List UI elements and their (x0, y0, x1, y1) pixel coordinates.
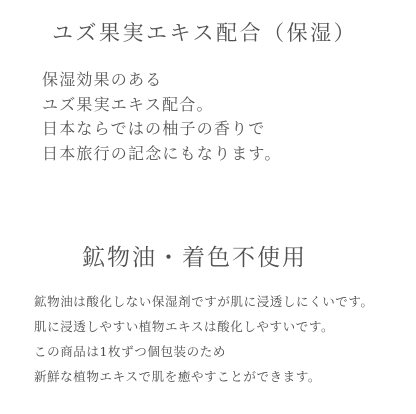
section-title-yuzu-extract: ユズ果実エキス配合（保湿） (52, 19, 357, 47)
description-line: 鉱物油は酸化しない保湿剤ですが肌に浸透しにくいです。 (34, 289, 374, 314)
description-line: 保湿効果のある (42, 68, 282, 93)
description-line: 新鮮な植物エキスで肌を癒やすことができます。 (34, 364, 374, 389)
yuzu-extract-description: 保湿効果のある ユズ果実エキス配合。 日本ならではの柚子の香りで 日本旅行の記念… (42, 68, 282, 166)
description-line: 肌に浸透しやすい植物エキスは酸化しやすいです。 (34, 314, 374, 339)
no-mineral-oil-description: 鉱物油は酸化しない保湿剤ですが肌に浸透しにくいです。 肌に浸透しやすい植物エキス… (34, 289, 374, 389)
section-title-no-mineral-oil: 鉱物油・着色不使用 (82, 243, 307, 273)
description-line: この商品は1枚ずつ個包装のため (34, 339, 374, 364)
description-line: ユズ果実エキス配合。 (42, 93, 282, 118)
description-line: 日本ならではの柚子の香りで (42, 117, 282, 142)
description-line: 日本旅行の記念にもなります。 (42, 142, 282, 167)
